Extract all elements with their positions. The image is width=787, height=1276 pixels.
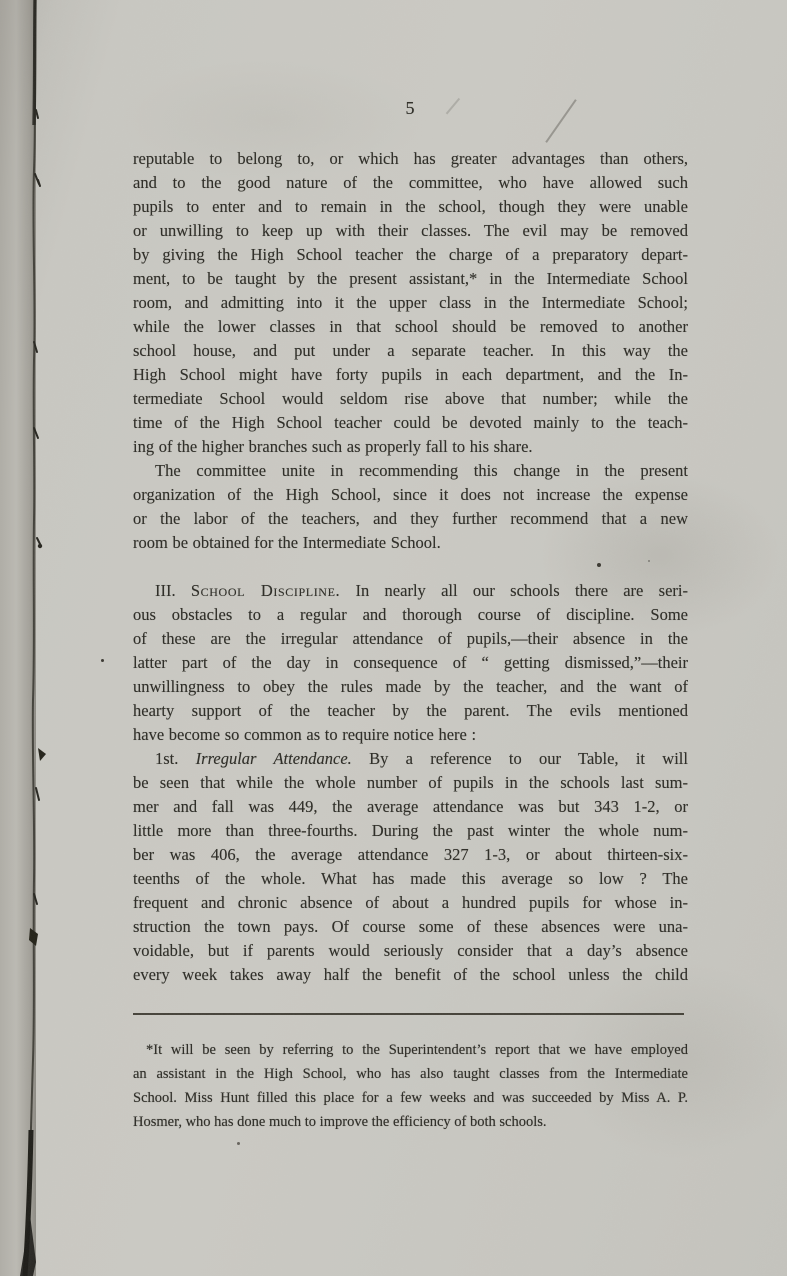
text-line: room, and admitting into it the upper cl… [133,291,688,315]
text-line: voidable, but if parents would seriously… [133,939,688,963]
text-line: of these are the irregular attendance of… [133,627,688,651]
text-line: High School might have forty pupils in e… [133,363,688,387]
document-body: reputable to belong to, or which has gre… [133,147,688,987]
footnote-line: *It will be seen by referring to the Sup… [133,1038,688,1062]
text-line: unwillingness to obey the rules made by … [133,675,688,699]
paragraph-committee-recommendation: The committee unite in recommending this… [133,459,688,555]
text-line: by giving the High School teacher the ch… [133,243,688,267]
text-line: be seen that while the whole number of p… [133,771,688,795]
paragraph-irregular-attendance: 1st. Irregular Attendance. By a referenc… [133,747,688,987]
text-line: every week takes away half the benefit o… [133,963,688,987]
footnote-divider [133,1013,684,1015]
paragraph-school-discipline: III. School Discipline. In nearly all ou… [133,579,688,747]
text-line: struction the town pays. Of course some … [133,915,688,939]
text-line: III. School Discipline. In nearly all ou… [133,579,688,603]
text-segment: 1st. [155,749,196,768]
footnote-line: Hosmer, who has done much to improve the… [133,1110,688,1134]
text-line: mer and fall was 449, the average attend… [133,795,688,819]
text-line: organization of the High School, since i… [133,483,688,507]
paragraph-continuation: reputable to belong to, or which has gre… [133,147,688,459]
text-line: ment, to be taught by the present assist… [133,267,688,291]
text-line: termediate School would seldom rise abov… [133,387,688,411]
text-line: 1st. Irregular Attendance. By a referenc… [133,747,688,771]
text-line: while the lower classes in that school s… [133,315,688,339]
text-column: 5 reputable to belong to, or which has g… [133,0,688,1134]
text-line: ing of the higher branches such as prope… [133,435,688,459]
footnote: *It will be seen by referring to the Sup… [133,1038,688,1134]
text-line: or unwilling to keep up with their class… [133,219,688,243]
italic-lead-in: Irregular Attendance. [196,749,352,768]
scanned-book-page: 5 reputable to belong to, or which has g… [0,0,787,1276]
footnote-line: School. Miss Hunt filled this place for … [133,1086,688,1110]
ink-speck [237,1142,240,1145]
text-line: ous obstacles to a regular and thorough … [133,603,688,627]
text-line: The committee unite in recommending this… [133,459,688,483]
text-line: frequent and chronic absence of about a … [133,891,688,915]
text-line: little more than three-fourths. During t… [133,819,688,843]
text-segment: III. [155,581,191,600]
text-line: pupils to enter and to remain in the sch… [133,195,688,219]
footnote-line: an assistant in the High School, who has… [133,1062,688,1086]
text-line: or the labor of the teachers, and they f… [133,507,688,531]
text-segment: In nearly all our schools there are seri… [340,581,688,600]
text-line: hearty support of the teacher by the par… [133,699,688,723]
section-heading: School Discipline. [191,581,340,600]
text-line: and to the good nature of the committee,… [133,171,688,195]
text-line: reputable to belong to, or which has gre… [133,147,688,171]
text-line: latter part of the day in consequence of… [133,651,688,675]
text-line: room be obtained for the Intermediate Sc… [133,531,688,555]
text-segment: By a reference to our Table, it will [352,749,688,768]
text-line: school house, and put under a separate t… [133,339,688,363]
text-line: time of the High School teacher could be… [133,411,688,435]
text-line: teenths of the whole. What has made this… [133,867,688,891]
text-line: have become so common as to require noti… [133,723,688,747]
binding-crack-artwork [0,0,54,1276]
page-number: 5 [133,97,688,119]
text-line: ber was 406, the average attendance 327 … [133,843,688,867]
ink-speck [101,659,104,662]
